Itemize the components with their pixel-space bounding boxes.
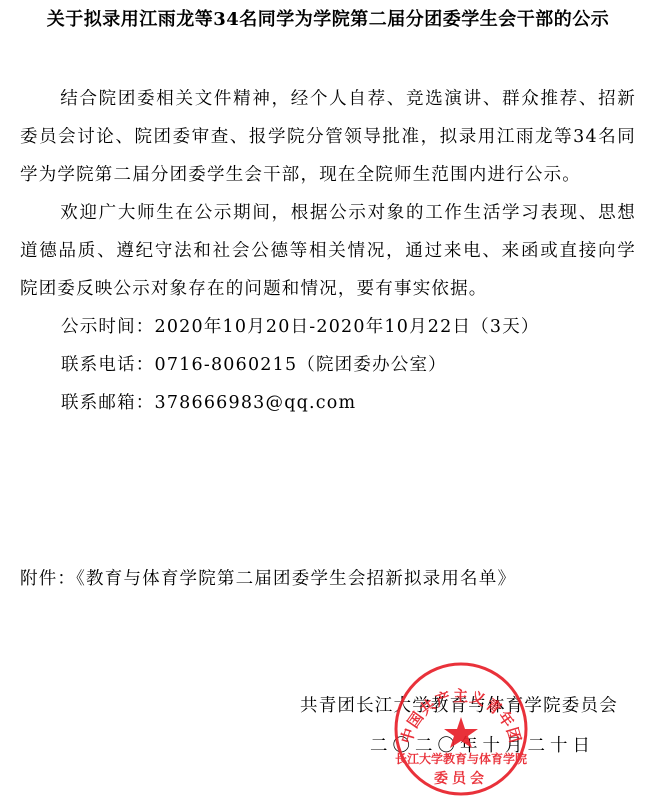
signature-date: 二〇二〇年十月二十日	[370, 734, 595, 758]
document-body: 结合院团委相关文件精神，经个人自荐、竞选演讲、群众推荐、招新委员会讨论、院团委审…	[20, 80, 636, 422]
signature-organization: 共青团长江大学教育与体育学院委员会	[300, 694, 618, 718]
contact-email: 联系邮箱：378666983@qq.com	[20, 384, 636, 422]
attachment-line: 附件：《教育与体育学院第二届团委学生会招新拟录用名单》	[20, 567, 516, 591]
paragraph-2: 欢迎广大师生在公示期间，根据公示对象的工作生活学习表现、思想道德品质、遵纪守法和…	[20, 194, 636, 308]
document-title: 关于拟录用江雨龙等34名同学为学院第二届分团委学生会干部的公示	[0, 8, 656, 32]
svg-text:委员会: 委员会	[434, 770, 488, 787]
publicity-period: 公示时间：2020年10月20日-2020年10月22日（3天）	[20, 308, 636, 346]
paragraph-1: 结合院团委相关文件精神，经个人自荐、竞选演讲、群众推荐、招新委员会讨论、院团委审…	[20, 80, 636, 194]
official-seal-icon: 中国共产主义青年团 长江大学教育与体育学院 委员会	[391, 659, 531, 799]
contact-phone: 联系电话：0716-8060215（院团委办公室）	[20, 346, 636, 384]
